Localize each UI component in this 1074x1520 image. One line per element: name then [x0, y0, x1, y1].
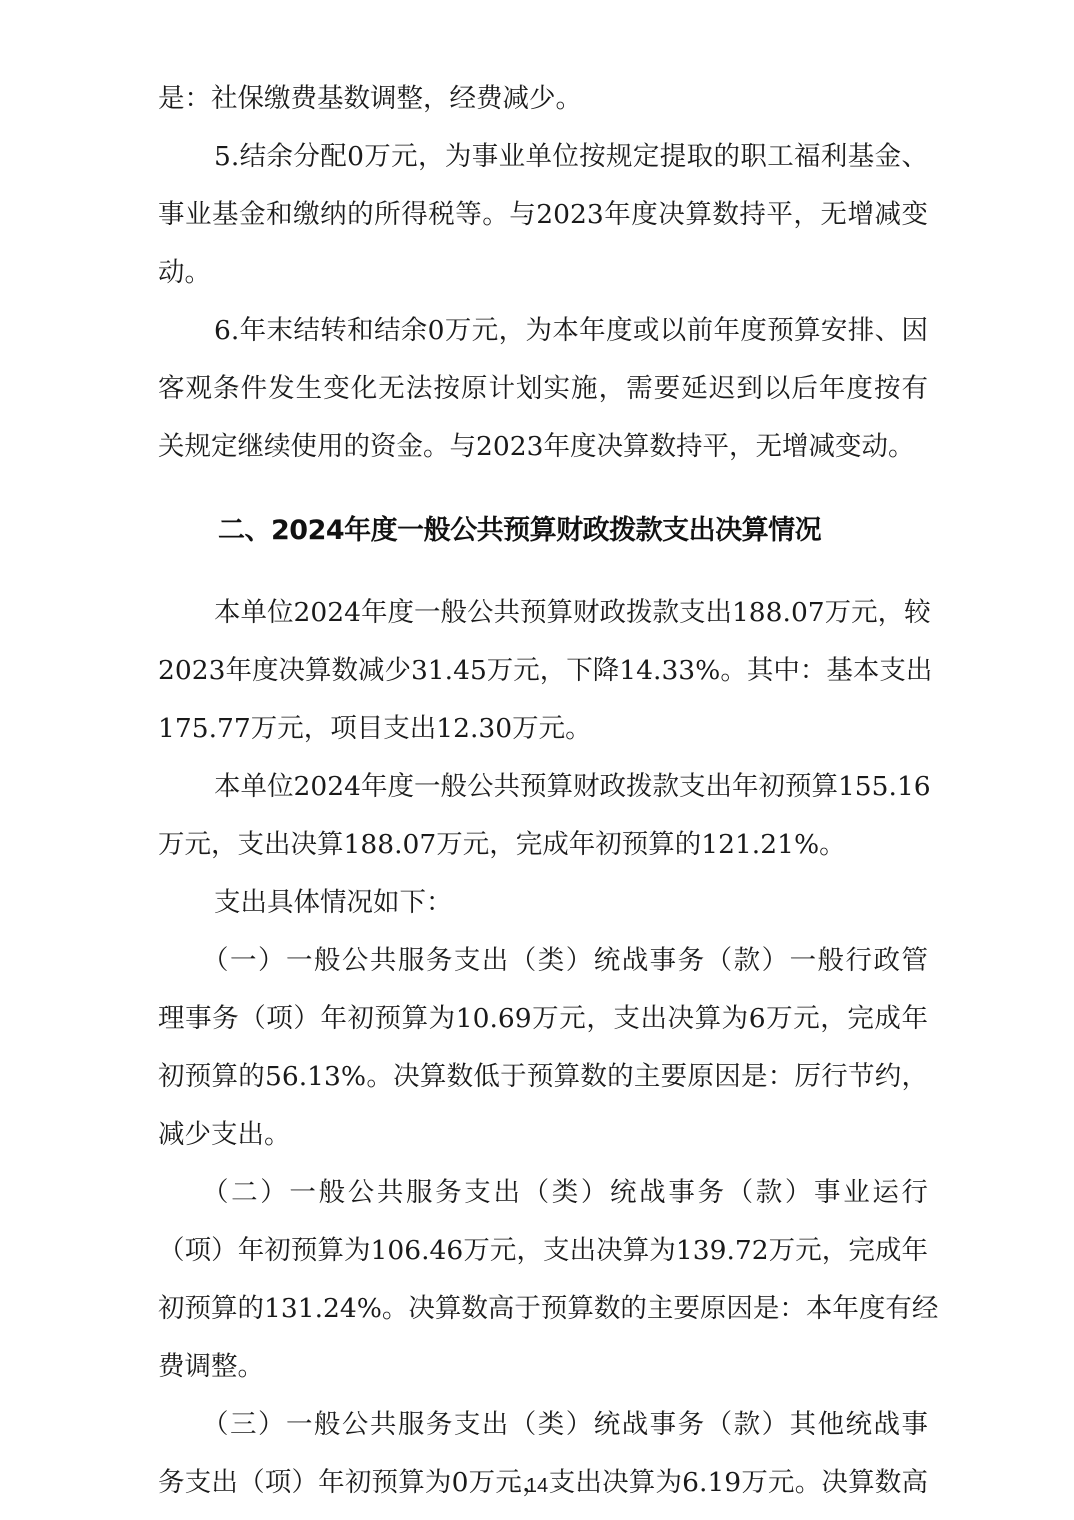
paragraph-line: （一）一般公共服务支出（类）统战事务（款）一般行政管 [158, 932, 928, 990]
paragraph-line: 175.77万元，项目支出12.30万元。 [158, 700, 928, 758]
paragraph-line: 初预算的56.13%。决算数低于预算数的主要原因是：厉行节约， [158, 1048, 928, 1106]
paragraph-line: （三）一般公共服务支出（类）统战事务（款）其他统战事 [158, 1396, 928, 1454]
paragraph-line: 动。 [158, 244, 928, 302]
paragraph-line: （项）年初预算为106.46万元，支出决算为139.72万元，完成年 [158, 1222, 928, 1280]
paragraph-line: 万元，支出决算188.07万元，完成年初预算的121.21%。 [158, 816, 928, 874]
paragraph-line: 本单位2024年度一般公共预算财政拨款支出188.07万元，较 [158, 584, 928, 642]
paragraph-line: 费调整。 [158, 1338, 928, 1396]
section-gap [158, 476, 928, 502]
paragraph-line: 6.年末结转和结余0万元，为本年度或以前年度预算安排、因 [158, 302, 928, 360]
paragraph-line: （二）一般公共服务支出（类）统战事务（款）事业运行 [158, 1164, 928, 1222]
section-heading: 二、2024年度一般公共预算财政拨款支出决算情况 [158, 502, 928, 560]
paragraph-line: 关规定继续使用的资金。与2023年度决算数持平，无增减变动。 [158, 418, 928, 476]
document-page: 是：社保缴费基数调整，经费减少。 5.结余分配0万元，为事业单位按规定提取的职工… [158, 70, 928, 1512]
paragraph-line: 支出具体情况如下： [158, 874, 928, 932]
paragraph-line: 客观条件发生变化无法按原计划实施，需要延迟到以后年度按有 [158, 360, 928, 418]
paragraph-line: 5.结余分配0万元，为事业单位按规定提取的职工福利基金、 [158, 128, 928, 186]
section-gap [158, 560, 928, 584]
paragraph-line: 2023年度决算数减少31.45万元，下降14.33%。其中：基本支出 [158, 642, 928, 700]
paragraph-line: 减少支出。 [158, 1106, 928, 1164]
paragraph-line: 事业基金和缴纳的所得税等。与2023年度决算数持平，无增减变 [158, 186, 928, 244]
paragraph-line: 是：社保缴费基数调整，经费减少。 [158, 70, 928, 128]
paragraph-line: 理事务（项）年初预算为10.69万元，支出决算为6万元，完成年 [158, 990, 928, 1048]
paragraph-line: 本单位2024年度一般公共预算财政拨款支出年初预算155.16 [158, 758, 928, 816]
paragraph-line: 初预算的131.24%。决算数高于预算数的主要原因是：本年度有经 [158, 1280, 928, 1338]
page-number: - 14 - [0, 1475, 1074, 1498]
